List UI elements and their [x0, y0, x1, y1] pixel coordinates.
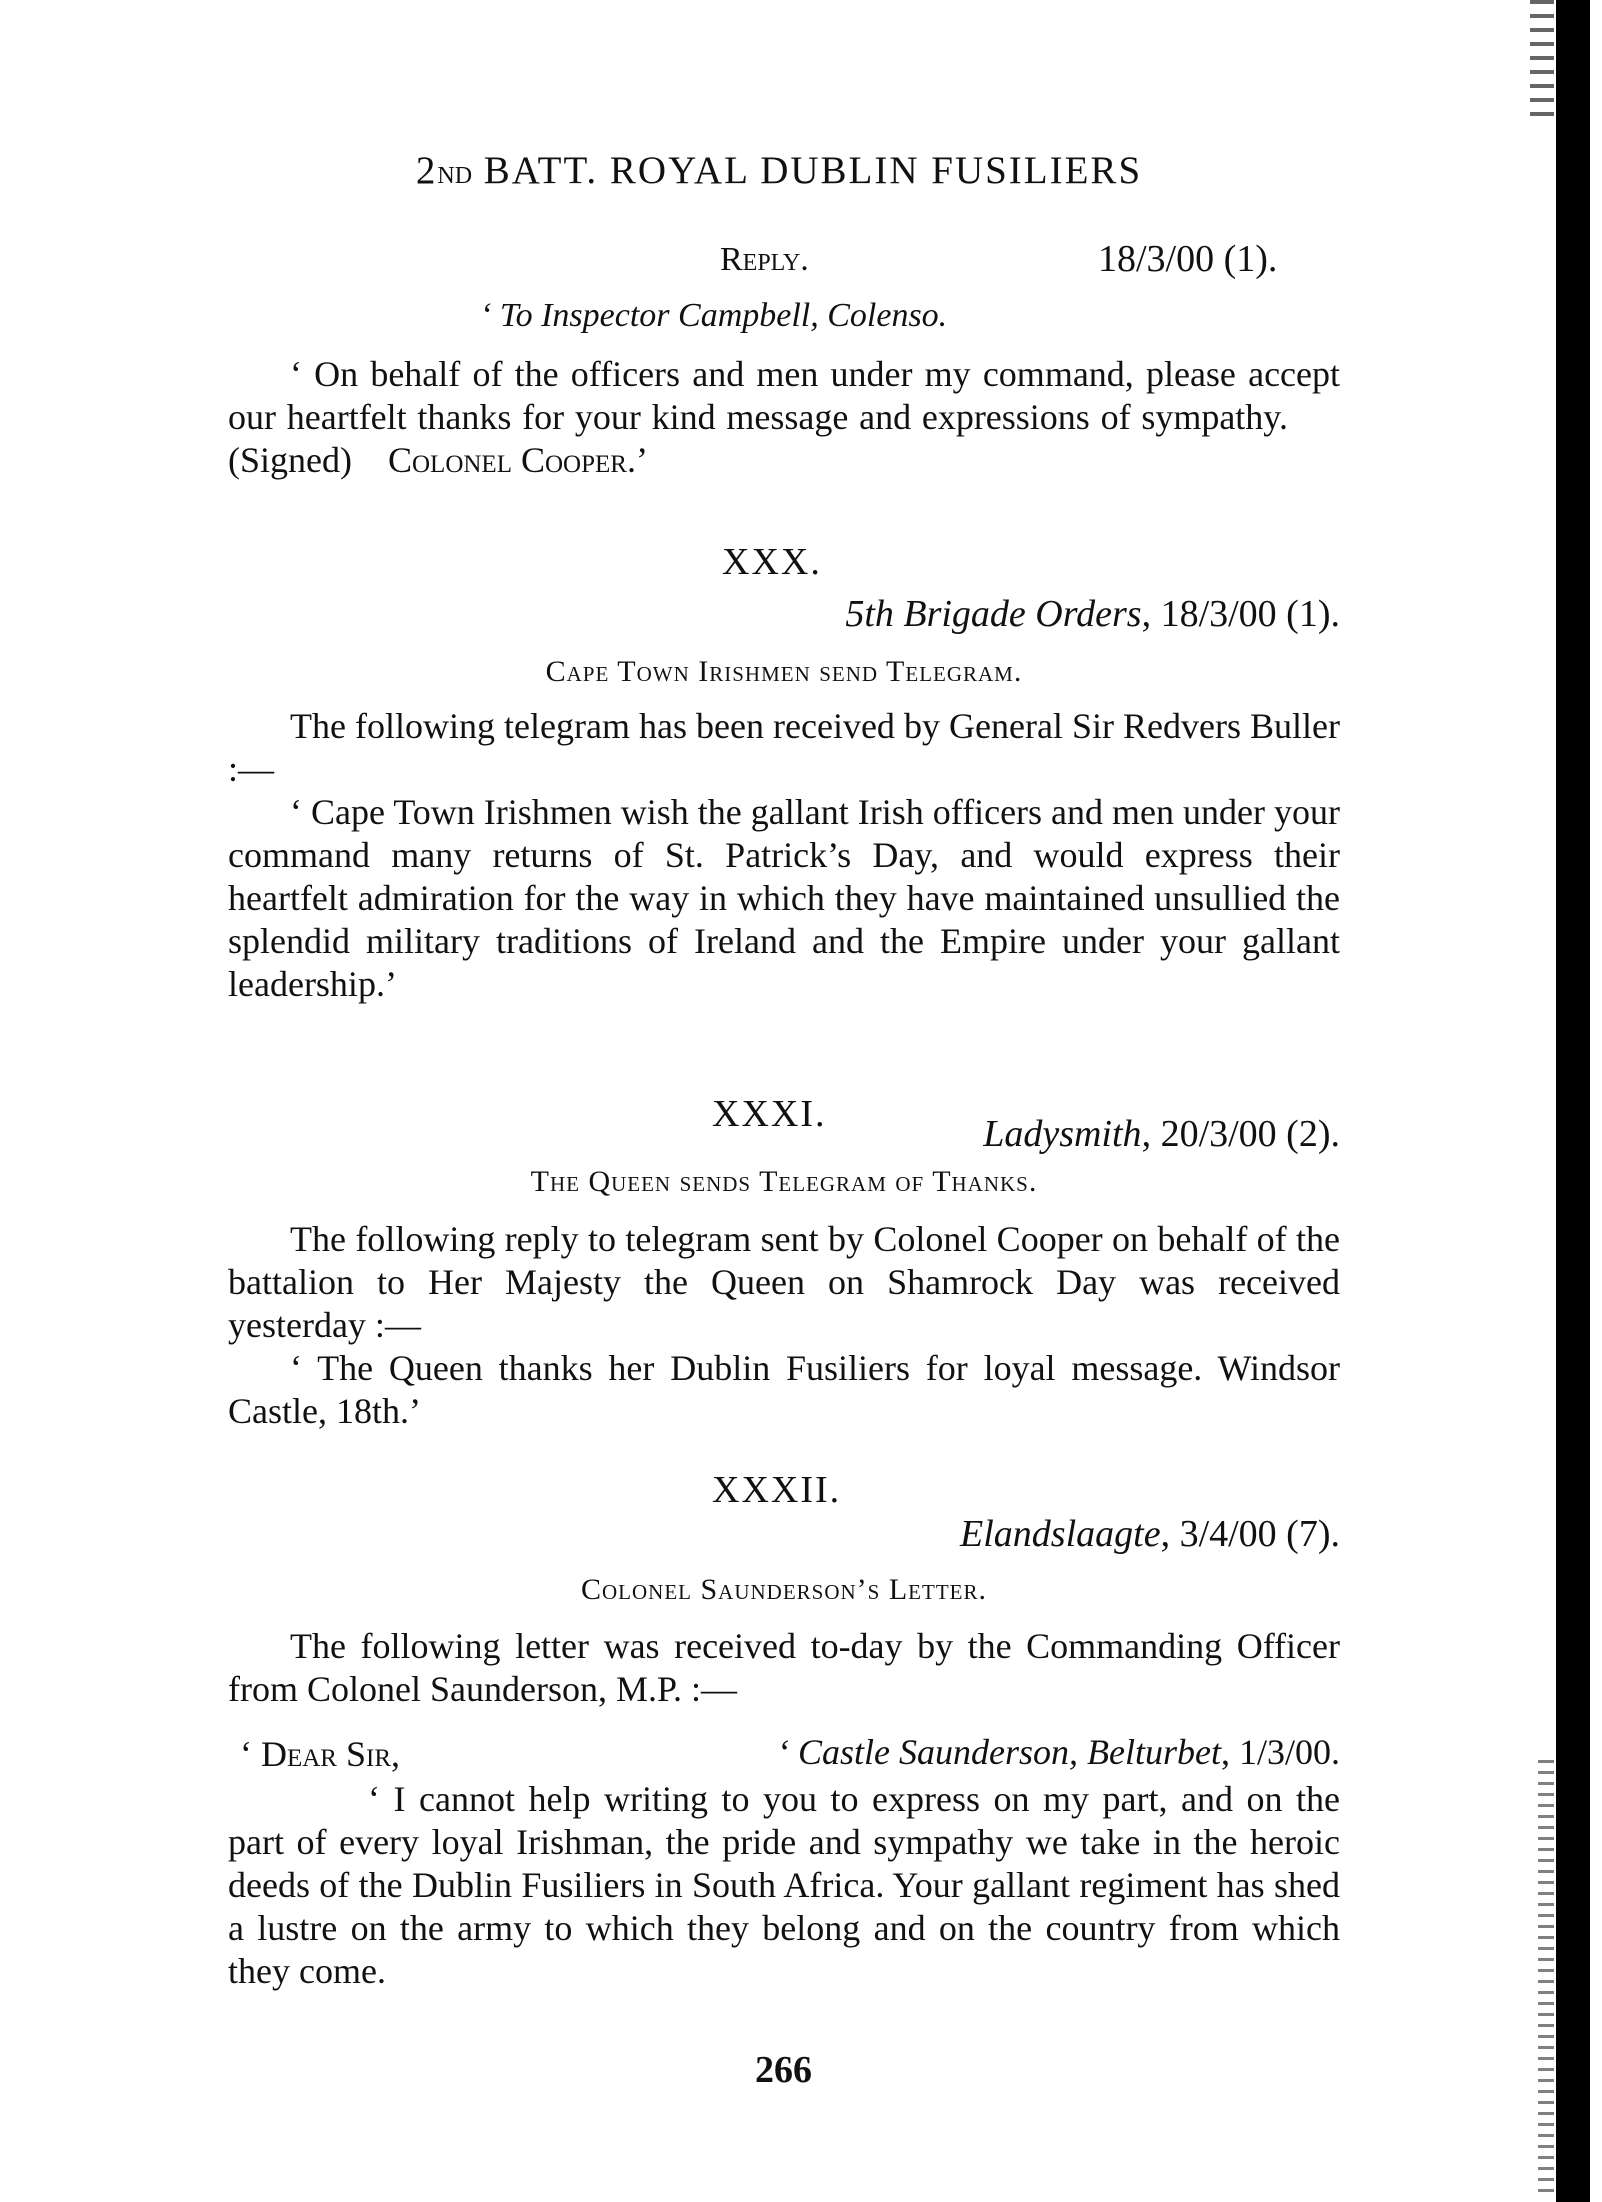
paragraph: The following telegram has been received… [228, 705, 1340, 791]
reply-address: ‘ To Inspector Campbell, Colenso. [480, 294, 947, 337]
letter-body: ‘ I cannot help writing to you to expres… [228, 1778, 1340, 1993]
reply-date: 18/3/00 (1). [1098, 238, 1277, 281]
section-xxxi-heading: The Queen sends Telegram of Thanks. [228, 1162, 1340, 1202]
section-xxx-body: The following telegram has been received… [228, 705, 1340, 1006]
paragraph: ‘ I cannot help writing to you to expres… [228, 1778, 1340, 1993]
paragraph: ‘ The Queen thanks her Dublin Fusiliers … [228, 1347, 1340, 1433]
section-numeral-xxxi: XXXI. [712, 1092, 826, 1136]
letter-address: ‘ Castle Saunderson, Belturbet, 1/3/00. [777, 1731, 1340, 1773]
reply-signatory: Colonel Cooper.’ [388, 440, 648, 480]
running-head-title: BATT. ROYAL DUBLIN FUSILIERS [484, 149, 1142, 192]
reply-signed: (Signed) [228, 440, 352, 480]
section-xxxii-dateline: Elandslaagte, 3/4/00 (7). [960, 1512, 1340, 1556]
paragraph: The following letter was received to-day… [228, 1625, 1340, 1711]
reply-text: ‘ On behalf of the officers and men unde… [228, 354, 1340, 437]
binding-shadow-top [1530, 0, 1554, 120]
section-numeral-xxxii: XXXII. [712, 1468, 841, 1512]
running-head-ordinal: 2ND [416, 149, 472, 192]
section-xxxii-body: The following letter was received to-day… [228, 1625, 1340, 1711]
section-xxx-heading: Cape Town Irishmen send Telegram. [228, 652, 1340, 692]
letter-salutation: ‘ Dear Sir, [240, 1733, 400, 1776]
paragraph: The following reply to telegram sent by … [228, 1218, 1340, 1347]
reply-label: Reply. [720, 238, 809, 281]
section-xxx-dateline: 5th Brigade Orders, 18/3/00 (1). [845, 592, 1340, 636]
section-xxxi-body: The following reply to telegram sent by … [228, 1218, 1340, 1433]
binding-shadow-bottom [1538, 1760, 1554, 2200]
page-number: 266 [755, 2048, 812, 2092]
reply-body: ‘ On behalf of the officers and men unde… [228, 353, 1340, 482]
running-head: 2ND BATT. ROYAL DUBLIN FUSILIERS [0, 148, 1558, 193]
section-numeral-xxx: XXX. [722, 540, 822, 584]
section-xxxii-heading: Colonel Saunderson’s Letter. [228, 1570, 1340, 1610]
binding-gutter [1556, 0, 1590, 2202]
section-xxxi-dateline: Ladysmith, 20/3/00 (2). [983, 1112, 1340, 1156]
book-page: 2ND BATT. ROYAL DUBLIN FUSILIERS Reply. … [0, 0, 1602, 2202]
paragraph: ‘ Cape Town Irishmen wish the gallant Ir… [228, 791, 1340, 1006]
